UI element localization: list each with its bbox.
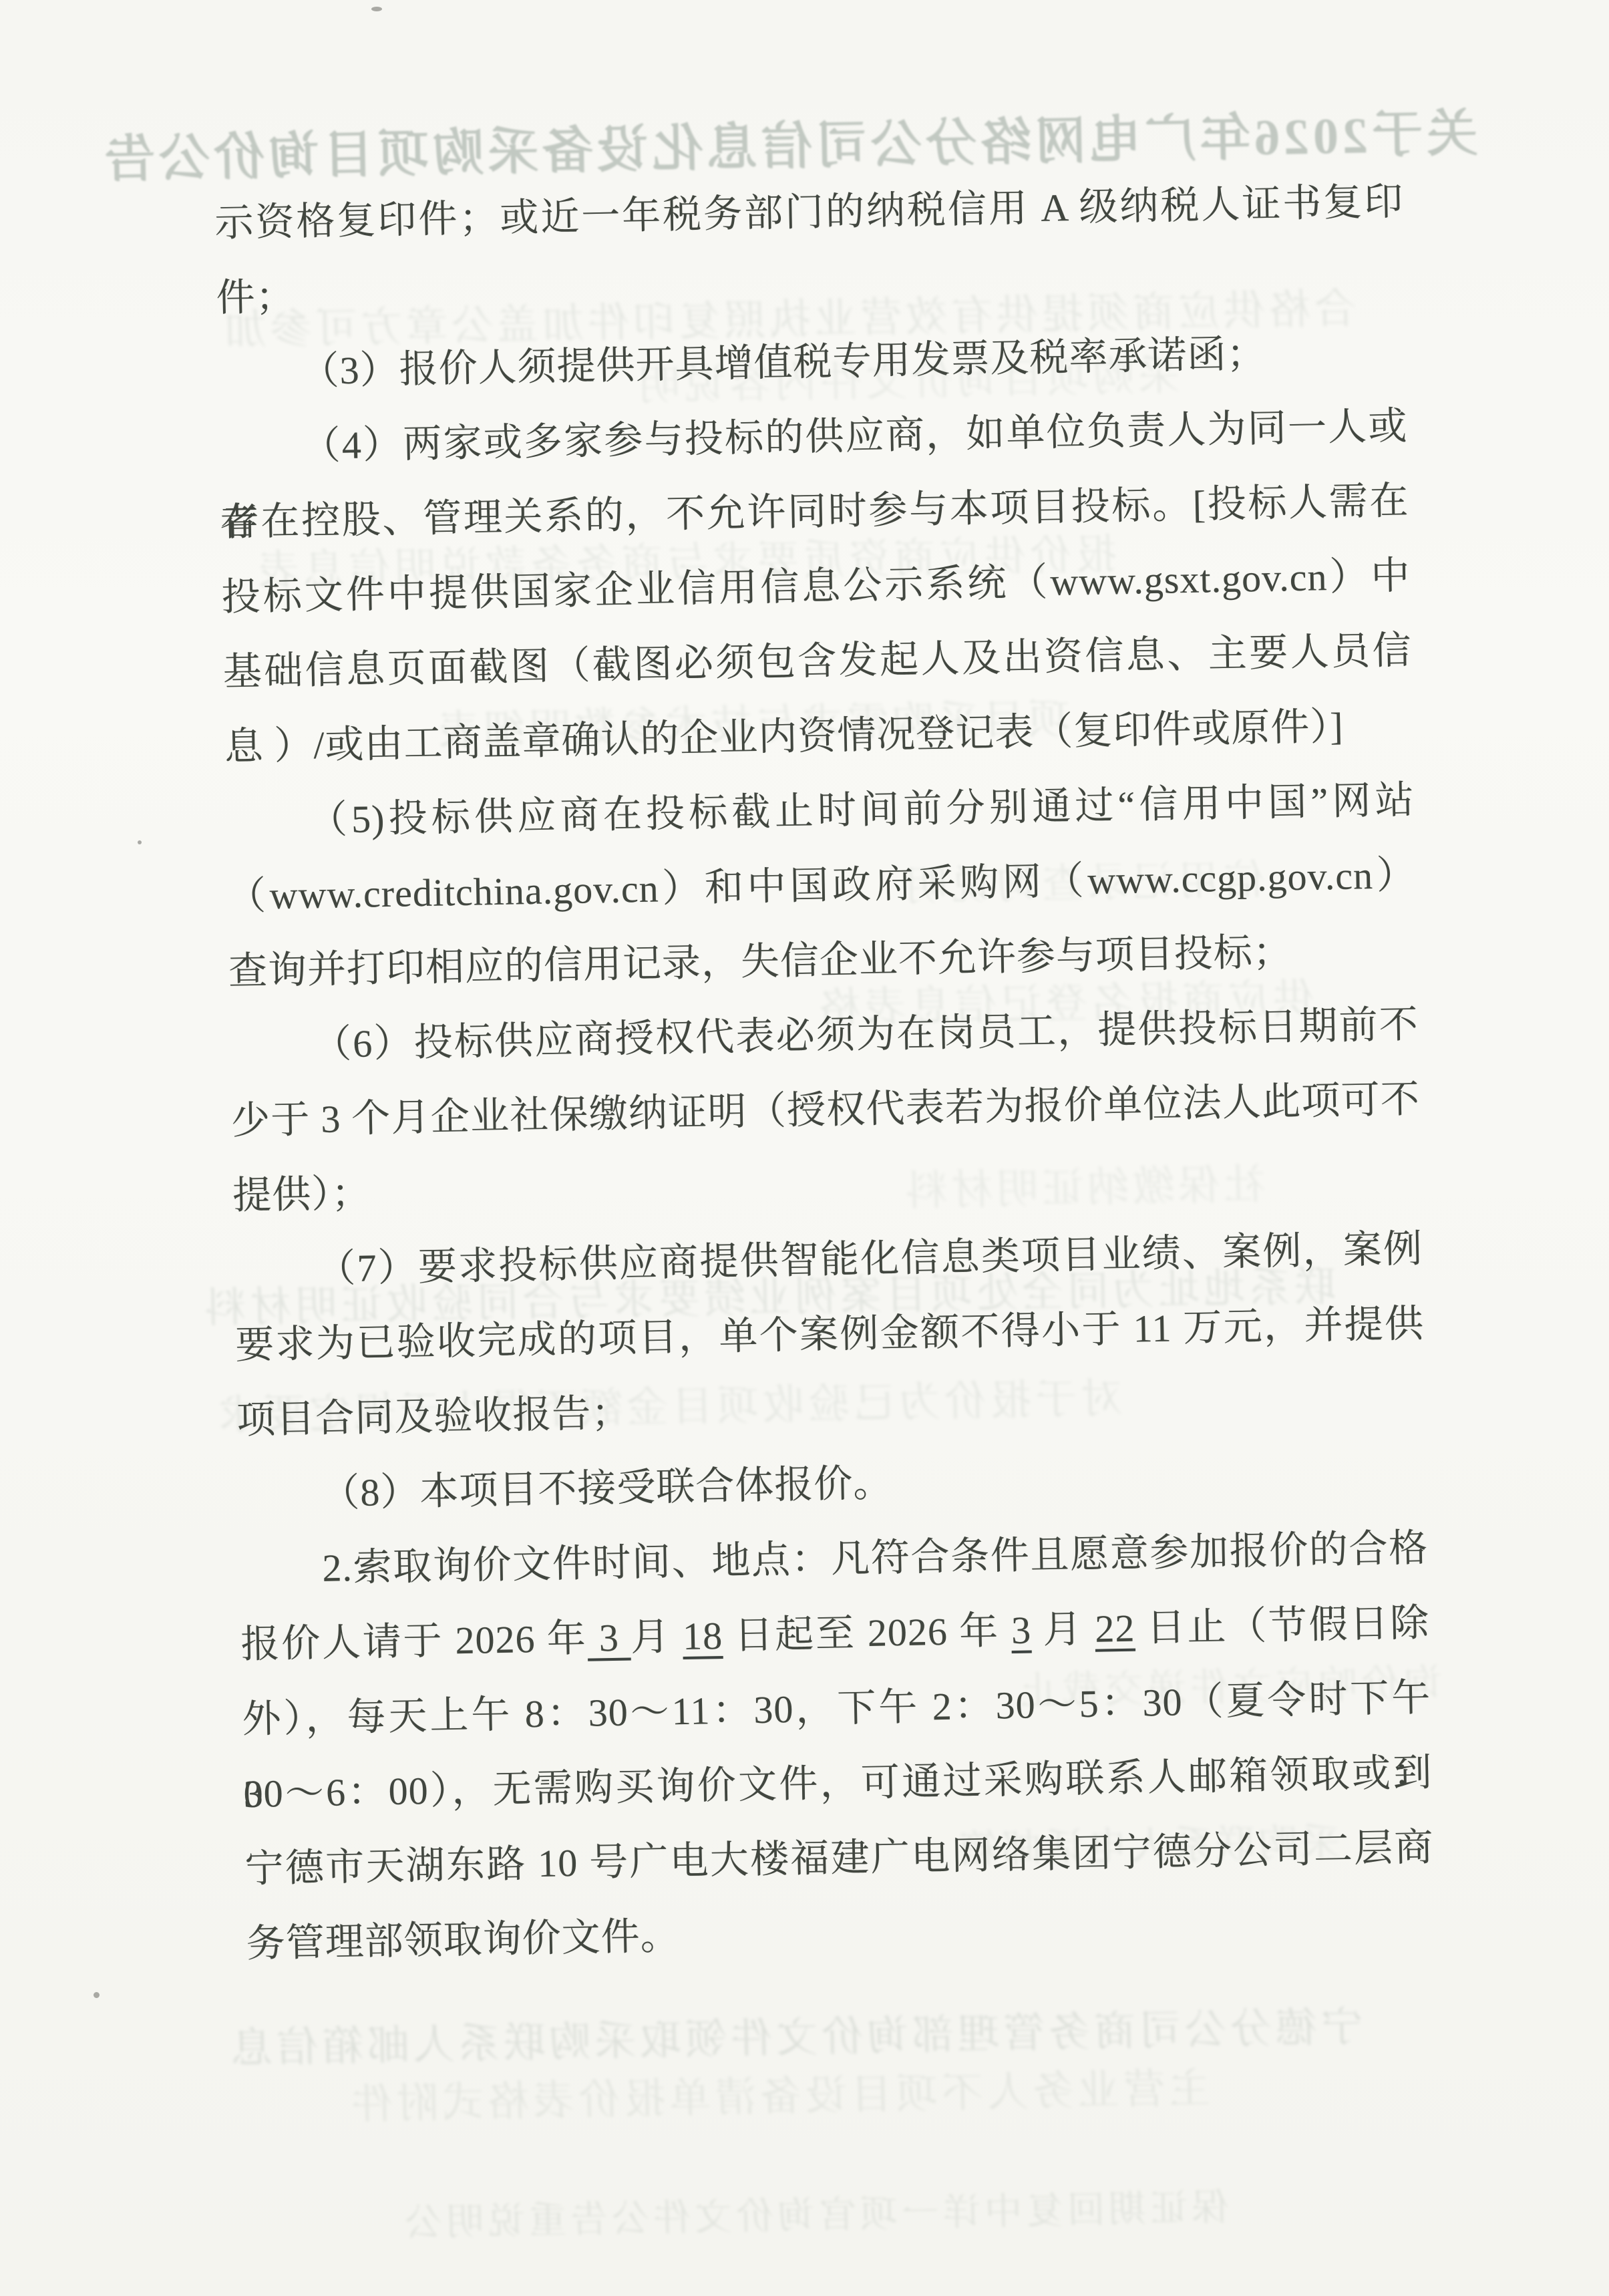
scanned-document-page: 关于2026年广电网络分公司信息化设备采购项目询价公告合格供应商须提供有效营业执… <box>0 0 1609 2296</box>
text-segment: 报价人请于 2026 年 <box>240 1617 588 1667</box>
document-body: 示资格复印件；或近一年税务部门的纳税信用 A 级纳税人证书复印件；（3）报价人须… <box>214 164 1436 1981</box>
underlined-date-value: 22 <box>1095 1607 1135 1651</box>
scan-speck <box>138 840 142 844</box>
text-segment: 日起至 2026 年 <box>723 1609 1012 1657</box>
text-segment: 日止（节假日除 <box>1135 1601 1430 1650</box>
underlined-date-value: 3 <box>587 1615 631 1659</box>
underlined-date-value: 3 <box>1011 1608 1032 1652</box>
text-segment: 月 <box>1031 1607 1095 1652</box>
underlined-date-value: 18 <box>683 1614 723 1658</box>
ghost-bleedthrough-line: 主营业务人不项目设备清单报价表格式附件 <box>347 2055 1210 2131</box>
text-segment: 月 <box>630 1615 683 1659</box>
scan-speck <box>94 1992 100 1998</box>
scan-speck <box>371 7 382 11</box>
ghost-bleedthrough-line: 保证期回复中详一项官询价文件公告重说明公 <box>400 2178 1229 2247</box>
ghost-bleedthrough-line: 宁德分公司商务管理部询价文件领取采购联系人邮箱信息 <box>226 1993 1363 2075</box>
